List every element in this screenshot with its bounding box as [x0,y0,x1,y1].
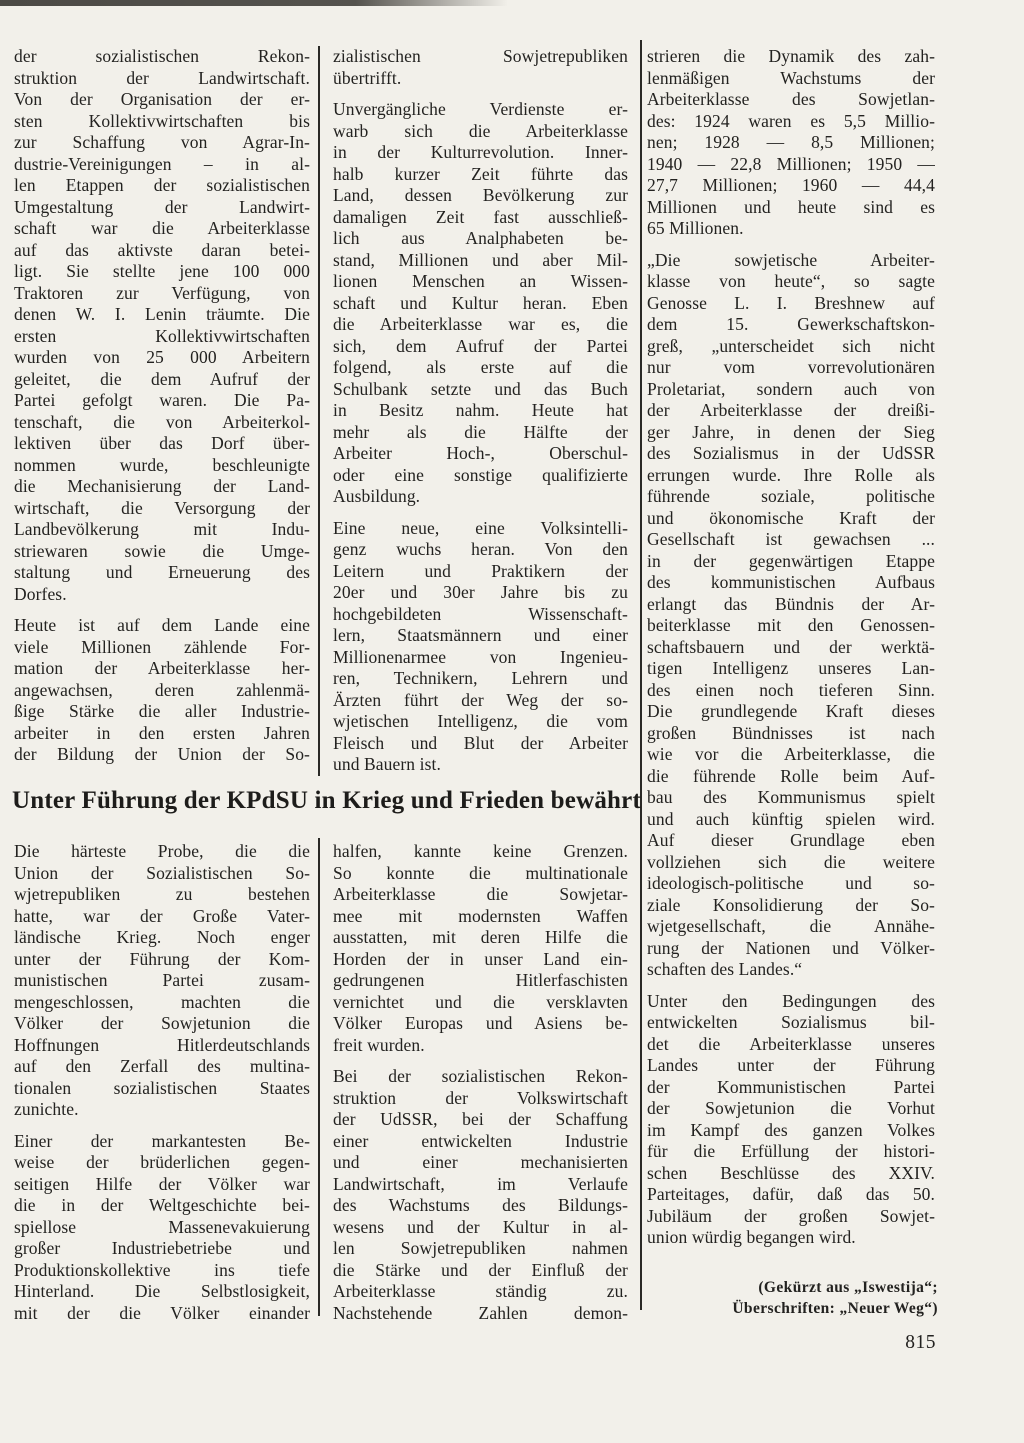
text-line: des einen noch tieferen Sinn. [647,680,935,702]
text-line: Heute ist auf dem Lande eine [14,615,310,637]
text-line: folgend, als erste auf die [333,357,628,379]
right-column: strieren die Dynamik des zah-lenmäßigen … [647,46,935,1249]
text-line: der Sowjetunion die Vorhut [647,1098,935,1120]
text-line: gedrungenen Hitlerfaschisten [333,970,628,992]
text-line: wie vor die Arbeiterklasse, die [647,744,935,766]
text-line: schaft war die Arbeiterklasse [14,218,310,240]
text-line: struktion der Volkswirtschaft [333,1088,628,1110]
text-line: mit der die Völker einander [14,1303,310,1325]
text-line: der Arbeiterklasse der dreißi- [647,400,935,422]
text-line: und auch künftig spielen wird. [647,809,935,831]
text-line: damaligen Zeit fast ausschließ- [333,207,628,229]
lower-middle-column: halfen, kannte keine Grenzen.So konnte d… [333,841,628,1324]
text-line: tigen Intelligenz unseres Lan- [647,658,935,680]
text-line: schaftsbauern und der werktä- [647,637,935,659]
text-line: der sozialistischen Rekon- [14,46,310,68]
text-line: wjetischen Intelligenz, die vom [333,711,628,733]
text-line: wurden von 25 000 Arbeitern [14,347,310,369]
lower-left-column: Die härteste Probe, die dieUnion der Soz… [14,841,310,1324]
text-line: wirtschaft, die Versorgung der [14,498,310,520]
text-line: Gesellschaft ist gewachsen ... [647,529,935,551]
text-line: Einer der markantesten Be- [14,1131,310,1153]
text-line: denen W. I. Lenin träumte. Die [14,304,310,326]
text-line: lionen Menschen an Wissen- [333,271,628,293]
text-line: die Stärke und der Einfluß der [333,1260,628,1282]
text-line: hatte, war der Große Vater- [14,906,310,928]
text-line: struktion der Landwirtschaft. [14,68,310,90]
paragraph: Unter den Bedingungen desentwickelten So… [647,991,935,1249]
text-line: Bei der sozialistischen Rekon- [333,1066,628,1088]
text-line: Union der Sozialistischen So- [14,863,310,885]
text-line: ger Jahre, in denen der Sieg [647,422,935,444]
text-line: auf das aktivste daran betei- [14,240,310,262]
text-line: Umgestaltung der Landwirt- [14,197,310,219]
text-line: det die Arbeiterklasse unseres [647,1034,935,1056]
text-line: lenmäßigen Wachstums der [647,68,935,90]
text-line: Hinterland. Die Selbstlosigkeit, [14,1281,310,1303]
text-line: 1940 — 22,8 Millionen; 1950 — [647,154,935,176]
text-line: 20er und 30er Jahre bis zu [333,582,628,604]
text-line: die führende Rolle beim Auf- [647,766,935,788]
text-line: Jubiläum der großen Sowjet- [647,1206,935,1228]
text-line: der UdSSR, bei der Schaffung [333,1109,628,1131]
paragraph: Heute ist auf dem Lande eineviele Millio… [14,615,310,766]
text-line: Ausbildung. [333,486,628,508]
text-line: wjetgesellschaft, die Annähe- [647,916,935,938]
text-line: ren, Technikern, Lehrern und [333,668,628,690]
upper-middle-column: zialistischen Sowjetrepublikenübertrifft… [333,46,628,776]
text-line: Schulbank setzte und das Buch [333,379,628,401]
text-line: sich, dem Aufruf der Partei [333,336,628,358]
paragraph: zialistischen Sowjetrepublikenübertrifft… [333,46,628,89]
text-line: Millionenarmee von Ingenieu- [333,647,628,669]
text-line: mengeschlossen, machten die [14,992,310,1014]
credit-line-1: (Gekürzt aus „Iswestija“; [732,1277,938,1298]
text-line: in Besitz nahm. Heute hat [333,400,628,422]
text-line: Hoffnungen Hitlerdeutschlands [14,1035,310,1057]
text-line: auf den Zerfall des multina- [14,1056,310,1078]
text-line: warb sich die Arbeiterklasse [333,121,628,143]
text-line: ligt. Sie stellte jene 100 000 [14,261,310,283]
text-line: schen Beschlüsse des XXIV. [647,1163,935,1185]
text-line: wesens und der Kultur in al- [333,1217,628,1239]
text-line: halb kurzer Zeit führte das [333,164,628,186]
text-line: greß, „unterscheidet sich nicht [647,336,935,358]
text-line: stand, Millionen und aber Mil- [333,250,628,272]
text-line: mation der Arbeiterklasse her- [14,658,310,680]
text-line: Ärzten führt der Weg der so- [333,690,628,712]
text-line: nen; 1928 — 8,5 Millionen; [647,132,935,154]
upper-left-column: der sozialistischen Rekon-struktion der … [14,46,310,766]
text-line: viele Millionen zählende For- [14,637,310,659]
text-line: Völker der Sowjetunion die [14,1013,310,1035]
text-line: arbeiter in den ersten Jahren [14,723,310,745]
paragraph: strieren die Dynamik des zah-lenmäßigen … [647,46,935,240]
text-line: der Kommunistischen Partei [647,1077,935,1099]
text-line: Parteitages, dafür, daß das 50. [647,1184,935,1206]
text-line: erlangt das Bündnis der Ar- [647,594,935,616]
text-line: ausstatten, mit deren Hilfe die [333,927,628,949]
text-line: für die Erfüllung der histori- [647,1141,935,1163]
paragraph: Die härteste Probe, die dieUnion der Soz… [14,841,310,1121]
text-line: beiterklasse mit den Genossen- [647,615,935,637]
text-line: Landwirtschaft, im Verlaufe [333,1174,628,1196]
text-line: Arbeiter Hoch-, Oberschul- [333,443,628,465]
text-line: Proletariat, sondern auch von [647,379,935,401]
paragraph: der sozialistischen Rekon-struktion der … [14,46,310,605]
text-line: zialistischen Sowjetrepubliken [333,46,628,68]
text-line: rung der Nationen und Völker- [647,938,935,960]
text-line: ideologisch-politische und so- [647,873,935,895]
text-line: Landbevölkerung mit Indu- [14,519,310,541]
text-line: Millionen und heute sind es [647,197,935,219]
text-line: Dorfes. [14,584,310,606]
text-line: angewachsen, deren zahlenmä- [14,680,310,702]
text-line: in der gegenwärtigen Etappe [647,551,935,573]
text-line: Arbeiterklasse des Sowjetlan- [647,89,935,111]
text-line: Auf dieser Grundlage eben [647,830,935,852]
text-line: vernichtet und die versklavten [333,992,628,1014]
text-line: seitigen Hilfe der Völker war [14,1174,310,1196]
column-divider-left-upper [318,46,320,776]
text-line: Traktoren zur Verfügung, von [14,283,310,305]
text-line: genz wuchs heran. Von den [333,539,628,561]
text-line: die Arbeiterklasse war es, die [333,314,628,336]
text-line: tenschaft, die von Arbeiterkol- [14,412,310,434]
text-line: oder eine sonstige qualifizierte [333,465,628,487]
text-line: der Bildung der Union der So- [14,744,310,766]
text-line: die in der Weltgeschichte bei- [14,1195,310,1217]
text-line: Die härteste Probe, die die [14,841,310,863]
text-line: klasse von heute“, so sagte [647,271,935,293]
text-line: und einer mechanisierten [333,1152,628,1174]
text-line: Arbeiterklasse ständig zu. [333,1281,628,1303]
text-line: großer Industriebetriebe und [14,1238,310,1260]
text-line: halfen, kannte keine Grenzen. [333,841,628,863]
text-line: So konnte die multinationale [333,863,628,885]
text-line: lern, Staatsmännern und einer [333,625,628,647]
text-line: Fleisch und Blut der Arbeiter [333,733,628,755]
text-line: geleitet, die dem Aufruf der [14,369,310,391]
paragraph: „Die sowjetische Arbeiter-klasse von heu… [647,250,935,981]
text-line: Unter den Bedingungen des [647,991,935,1013]
section-heading: Unter Führung der KPdSU in Krieg und Fri… [12,787,641,815]
text-line: Völker Europas und Asiens be- [333,1013,628,1035]
paragraph: Eine neue, eine Volksintelli-genz wuchs … [333,518,628,776]
text-line: Nachstehende Zahlen demon- [333,1303,628,1325]
text-line: entwickelten Sozialismus bil- [647,1012,935,1034]
text-line: dem 15. Gewerkschaftskon- [647,314,935,336]
text-line: len Etappen der sozialistischen [14,175,310,197]
text-line: freit wurden. [333,1035,628,1057]
text-line: die Mechanisierung der Land- [14,476,310,498]
text-line: Unvergängliche Verdienste er- [333,99,628,121]
text-line: 27,7 Millionen; 1960 — 44,4 [647,175,935,197]
text-line: Arbeiterklasse die Sowjetar- [333,884,628,906]
text-line: einer entwickelten Industrie [333,1131,628,1153]
page-number: 815 [905,1332,936,1354]
text-line: munistischen Partei zusam- [14,970,310,992]
text-line: wjetrepubliken zu bestehen [14,884,310,906]
text-line: weise der brüderlichen gegen- [14,1152,310,1174]
column-divider-left-lower [318,838,320,1316]
text-line: mehr als die Hälfte der [333,422,628,444]
text-line: ßige Stärke die aller Industrie- [14,701,310,723]
text-line: und Bauern ist. [333,754,628,776]
text-line: Land, dessen Bevölkerung zur [333,185,628,207]
text-line: großen Bündnisses ist nach [647,723,935,745]
paragraph: Bei der sozialistischen Rekon-struktion … [333,1066,628,1324]
text-line: schaften des Landes.“ [647,959,935,981]
text-line: nommen wurde, beschleunigte [14,455,310,477]
paragraph: halfen, kannte keine Grenzen.So konnte d… [333,841,628,1056]
text-line: strieren die Dynamik des zah- [647,46,935,68]
text-line: ersten Kollektivwirtschaften [14,326,310,348]
paragraph: Einer der markantesten Be-weise der brüd… [14,1131,310,1325]
text-line: 65 Millionen. [647,218,935,240]
text-line: des: 1924 waren es 5,5 Millio- [647,111,935,133]
text-line: übertrifft. [333,68,628,90]
credit-line-2: Überschriften: „Neuer Weg“) [732,1298,938,1319]
text-line: zunichte. [14,1099,310,1121]
text-line: in der Kulturrevolution. Inner- [333,142,628,164]
text-line: des Wachstums des Bildungs- [333,1195,628,1217]
text-line: Leitern und Praktikern der [333,561,628,583]
text-line: staltung und Erneuerung des [14,562,310,584]
text-line: Produktionskollektive ins tiefe [14,1260,310,1282]
text-line: tionalen sozialistischen Staates [14,1078,310,1100]
credit-note: (Gekürzt aus „Iswestija“; Überschriften:… [732,1277,938,1319]
text-line: im Kampf des ganzen Volkes [647,1120,935,1142]
text-line: spiellose Massenevakuierung [14,1217,310,1239]
text-line: Horden der in unser Land ein- [333,949,628,971]
text-line: schaft und Kultur heran. Eben [333,293,628,315]
text-line: zur Schaffung von Agrar-In- [14,132,310,154]
text-line: hochgebildeten Wissenschaft- [333,604,628,626]
text-line: len Sowjetrepubliken nahmen [333,1238,628,1260]
text-line: und ökonomische Kraft der [647,508,935,530]
text-line: des kommunistischen Aufbaus [647,572,935,594]
text-line: unter der Führung der Kom- [14,949,310,971]
text-line: Eine neue, eine Volksintelli- [333,518,628,540]
text-line: ziale Konsolidierung der So- [647,895,935,917]
text-line: union würdig begangen wird. [647,1227,935,1249]
text-line: des Sozialismus in der UdSSR [647,443,935,465]
text-line: Genosse L. I. Breshnew auf [647,293,935,315]
scan-artifact-top [0,0,508,6]
text-line: Partei gefolgt waren. Die Pa- [14,390,310,412]
text-line: führende soziale, politische [647,486,935,508]
text-line: mee mit modernsten Waffen [333,906,628,928]
text-line: lich aus Analphabeten be- [333,228,628,250]
page: { "page": { "page_number": "815", "paper… [0,0,1024,1443]
text-line: bau des Kommunismus spielt [647,787,935,809]
text-line: ländische Krieg. Noch enger [14,927,310,949]
text-line: Von der Organisation der er- [14,89,310,111]
text-line: errungen wurde. Ihre Rolle als [647,465,935,487]
text-line: sten Kollektivwirtschaften bis [14,111,310,133]
paragraph: Unvergängliche Verdienste er-warb sich d… [333,99,628,508]
text-line: vollziehen sich die weitere [647,852,935,874]
text-line: dustrie-Vereinigungen – in al- [14,154,310,176]
text-line: Die grundlegende Kraft dieses [647,701,935,723]
text-line: lektiven über das Dorf über- [14,433,310,455]
text-line: „Die sowjetische Arbeiter- [647,250,935,272]
column-divider-right [640,40,642,1310]
text-line: Landes unter der Führung [647,1055,935,1077]
text-line: nur vom vorrevolutionären [647,357,935,379]
text-line: striewaren sowie die Umge- [14,541,310,563]
